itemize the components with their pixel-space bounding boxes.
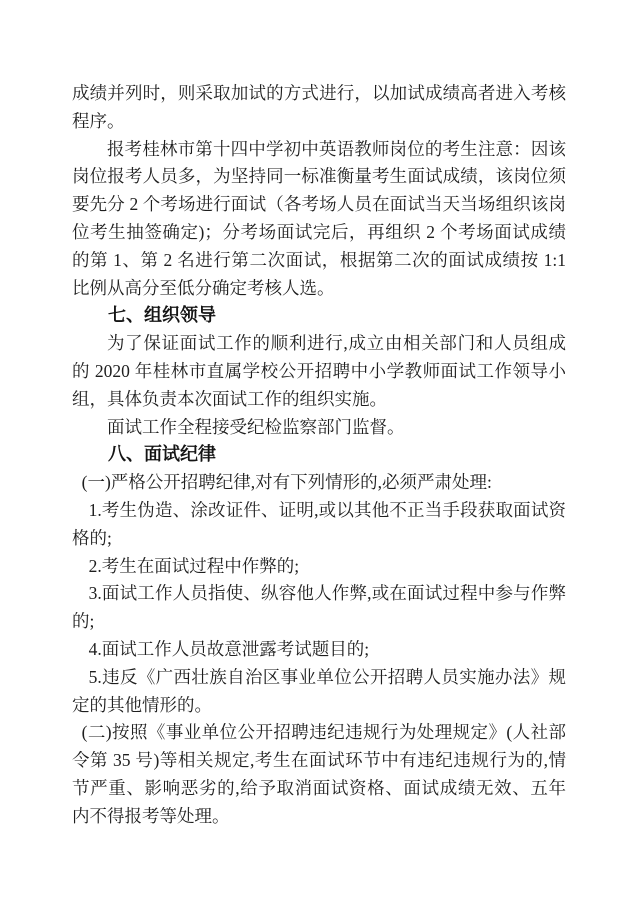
list-item-paragraph: 4.面试工作人员故意泄露考试题目的; xyxy=(72,636,566,664)
body-paragraph: 报考桂林市第十四中学初中英语教师岗位的考生注意：因该岗位报考人员多，为坚持同一标… xyxy=(72,136,566,303)
body-paragraph: 面试工作全程接受纪检监察部门监督。 xyxy=(72,414,566,442)
list-item-paragraph: (一)严格公开招聘纪律,对有下列情形的,必须严肃处理: xyxy=(72,469,566,497)
list-item-paragraph: 2.考生在面试过程中作弊的; xyxy=(72,553,566,581)
section-heading-organization: 七、组织领导 xyxy=(72,302,566,330)
body-paragraph: 为了保证面试工作的顺利进行,成立由相关部门和人员组成的 2020 年桂林市直属学… xyxy=(72,330,566,413)
list-item-paragraph: 1.考生伪造、涂改证件、证明,或以其他不正当手段获取面试资格的; xyxy=(72,497,566,553)
list-item-paragraph: 5.违反《广西壮族自治区事业单位公开招聘人员实施办法》规定的其他情形的。 xyxy=(72,664,566,720)
list-item-paragraph: 3.面试工作人员指使、纵容他人作弊,或在面试过程中参与作弊的; xyxy=(72,580,566,636)
document-page: 成绩并列时，则采取加试的方式进行，以加试成绩高者进入考核程序。 报考桂林市第十四… xyxy=(0,0,636,900)
body-paragraph-continuation: 成绩并列时，则采取加试的方式进行，以加试成绩高者进入考核程序。 xyxy=(72,80,566,136)
section-heading-discipline: 八、面试纪律 xyxy=(72,441,566,469)
list-item-paragraph: (二)按照《事业单位公开招聘违纪违规行为处理规定》(人社部令第 35 号)等相关… xyxy=(72,719,566,830)
